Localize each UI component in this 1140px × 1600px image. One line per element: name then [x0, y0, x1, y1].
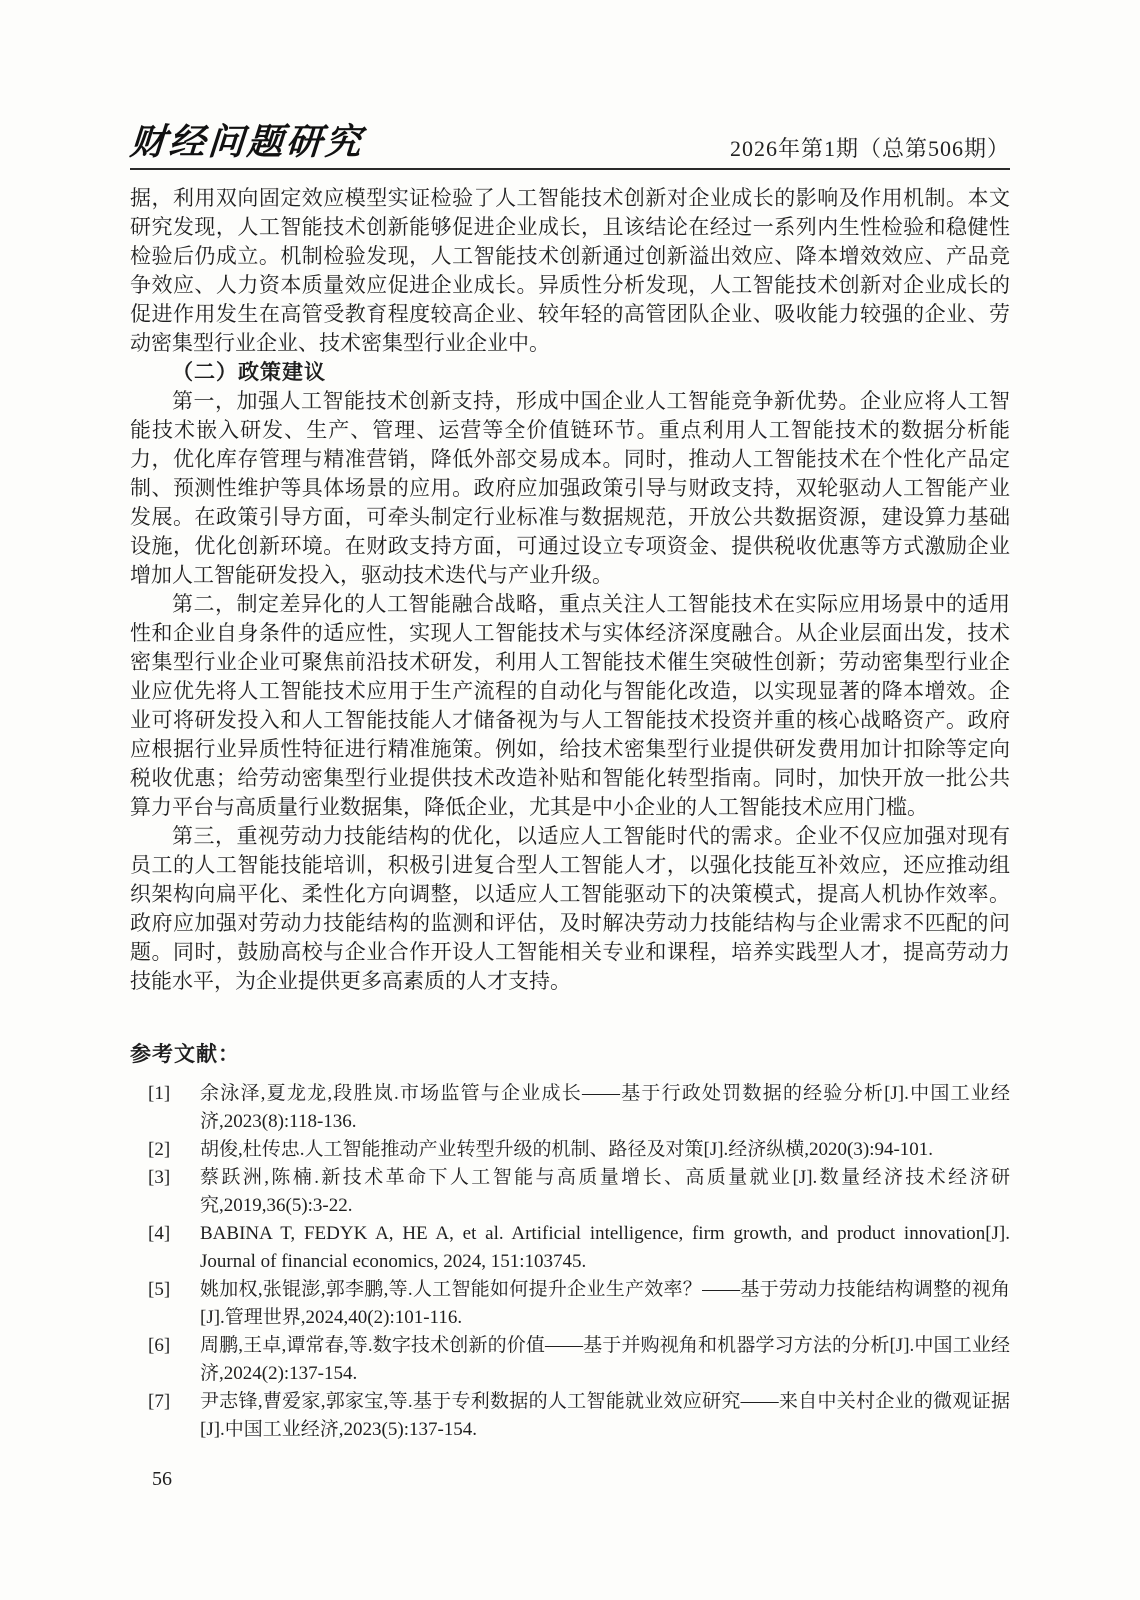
reference-item: [1] 余泳泽,夏龙龙,段胜岚.市场监管与企业成长——基于行政处罚数据的经验分析… — [130, 1080, 1010, 1136]
reference-item: [4] BABINA T, FEDYK A, HE A, et al. Arti… — [130, 1220, 1010, 1276]
references-heading: 参考文献： — [130, 1038, 1010, 1068]
reference-item: [7] 尹志锋,曹爱家,郭家宝,等.基于专利数据的人工智能就业效应研究——来自中… — [130, 1388, 1010, 1444]
reference-text: 尹志锋,曹爱家,郭家宝,等.基于专利数据的人工智能就业效应研究——来自中关村企业… — [200, 1391, 1010, 1440]
reference-item: [2] 胡俊,杜传忠.人工智能推动产业转型升级的机制、路径及对策[J].经济纵横… — [130, 1136, 1010, 1164]
reference-label: [4] — [148, 1220, 170, 1248]
reference-text: 余泳泽,夏龙龙,段胜岚.市场监管与企业成长——基于行政处罚数据的经验分析[J].… — [200, 1083, 1010, 1132]
reference-item: [3] 蔡跃洲,陈楠.新技术革命下人工智能与高质量增长、高质量就业[J].数量经… — [130, 1164, 1010, 1220]
journal-page: 财经问题研究 2026年第1期（总第506期） 据，利用双向固定效应模型实证检验… — [0, 0, 1140, 1600]
page-content: 财经问题研究 2026年第1期（总第506期） 据，利用双向固定效应模型实证检验… — [130, 0, 1010, 1491]
paragraph-second-recommendation: 第二，制定差异化的人工智能融合战略，重点关注人工智能技术在实际应用场景中的适用性… — [130, 590, 1010, 822]
references-section: 参考文献： [1] 余泳泽,夏龙龙,段胜岚.市场监管与企业成长——基于行政处罚数… — [130, 1038, 1010, 1444]
reference-label: [7] — [148, 1388, 170, 1416]
page-header: 财经问题研究 2026年第1期（总第506期） — [130, 0, 1010, 170]
article-body: 据，利用双向固定效应模型实证检验了人工智能技术创新对企业成长的影响及作用机制。本… — [130, 184, 1010, 996]
reference-text: BABINA T, FEDYK A, HE A, et al. Artifici… — [200, 1223, 1010, 1272]
journal-logo: 财经问题研究 — [129, 124, 366, 160]
reference-item: [6] 周鹏,王卓,谭常春,等.数字技术创新的价值——基于并购视角和机器学习方法… — [130, 1332, 1010, 1388]
reference-text: 蔡跃洲,陈楠.新技术革命下人工智能与高质量增长、高质量就业[J].数量经济技术经… — [200, 1167, 1010, 1216]
reference-item: [5] 姚加权,张锟澎,郭李鹏,等.人工智能如何提升企业生产效率？——基于劳动力… — [130, 1276, 1010, 1332]
reference-text: 周鹏,王卓,谭常春,等.数字技术创新的价值——基于并购视角和机器学习方法的分析[… — [200, 1335, 1010, 1384]
reference-label: [3] — [148, 1164, 170, 1192]
paragraph-third-recommendation: 第三，重视劳动力技能结构的优化，以适应人工智能时代的需求。企业不仅应加强对现有员… — [130, 822, 1010, 996]
reference-text: 胡俊,杜传忠.人工智能推动产业转型升级的机制、路径及对策[J].经济纵横,202… — [200, 1139, 933, 1160]
reference-text: 姚加权,张锟澎,郭李鹏,等.人工智能如何提升企业生产效率？——基于劳动力技能结构… — [200, 1279, 1010, 1328]
reference-label: [5] — [148, 1276, 170, 1304]
paragraph-continuation: 据，利用双向固定效应模型实证检验了人工智能技术创新对企业成长的影响及作用机制。本… — [130, 184, 1010, 358]
issue-info: 2026年第1期（总第506期） — [730, 138, 1010, 160]
reference-label: [1] — [148, 1080, 170, 1108]
reference-label: [2] — [148, 1136, 170, 1164]
page-number: 56 — [130, 1468, 1010, 1491]
section-heading-policy: （二）政策建议 — [130, 358, 1010, 387]
paragraph-first-recommendation: 第一，加强人工智能技术创新支持，形成中国企业人工智能竞争新优势。企业应将人工智能… — [130, 387, 1010, 590]
reference-label: [6] — [148, 1332, 170, 1360]
